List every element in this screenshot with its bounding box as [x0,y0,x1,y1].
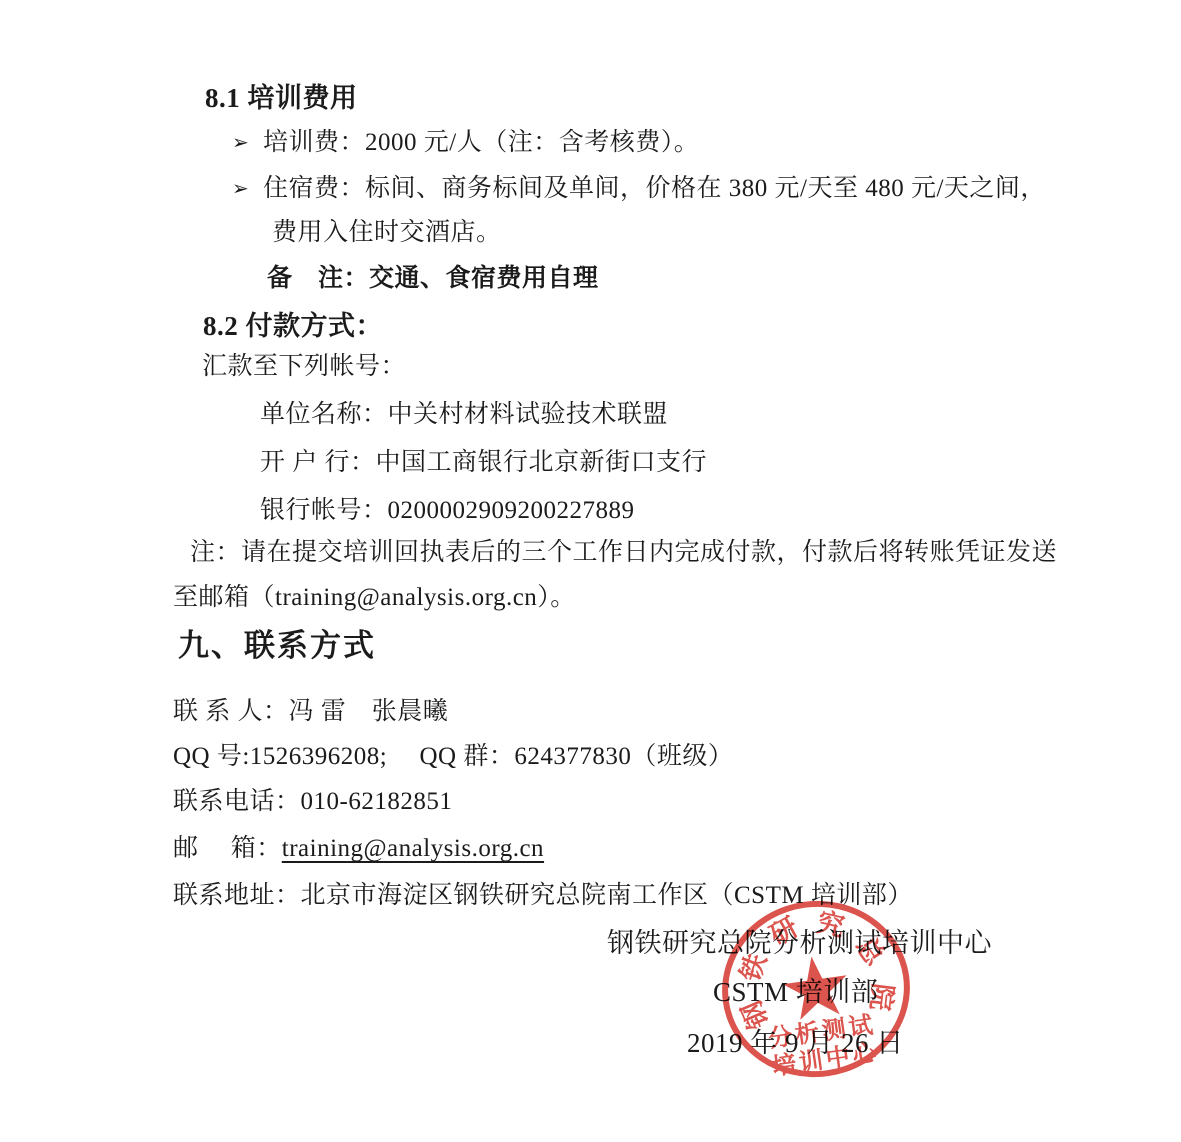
section-8-2-heading: 8.2 付款方式： [203,311,383,341]
email-label: 邮 箱： [173,835,282,862]
account-number-line: 银行帐号：0200002909200227889 [260,496,635,526]
scanned-document-page: 8.1 培训费用 ➢培训费：2000 元/人（注：含考核费）。 ➢住宿费：标间、… [0,0,1181,1142]
section-9-heading: 九、联系方式 [178,631,376,661]
section-8-1-heading: 8.1 培训费用 [205,83,358,113]
official-seal-stamp: 钢 铁 研 究 总 院 ★ 分析测试 培训中心 [711,889,922,1089]
email-line: 邮 箱：training@analysis.org.cn [173,834,544,864]
remit-intro: 汇款至下列帐号： [202,352,406,382]
bank-branch-line: 开 户 行：中国工商银行北京新街口支行 [260,448,707,478]
qq-line: QQ 号:1526396208; QQ 群：624377830（班级） [173,742,733,772]
phone-line: 联系电话：010-62182851 [173,787,452,817]
contact-person-line: 联 系 人：冯 雷 张晨曦 [173,697,448,727]
fee-bullet-1-text: 培训费：2000 元/人（注：含考核费）。 [263,129,699,156]
payment-note-line-2: 至邮箱（training@analysis.org.cn）。 [173,583,576,613]
fee-bullet-2-text: 住宿费：标间、商务标间及单间，价格在 380 元/天至 480 元/天之间， [263,175,1046,202]
fee-bullet-row-2: ➢住宿费：标间、商务标间及单间，价格在 380 元/天至 480 元/天之间， [232,173,1046,204]
email-value: training@analysis.org.cn [282,835,544,862]
fee-bullet-2-wrap: 费用入住时交酒店。 [272,218,502,248]
fees-remark: 备 注：交通、食宿费用自理 [267,264,599,294]
account-name-line: 单位名称：中关村材料试验技术联盟 [260,400,668,430]
payment-note-line-1: 注：请在提交培训回执表后的三个工作日内完成付款，付款后将转账凭证发送 [190,538,1057,568]
arrow-bullet-icon: ➢ [232,127,263,157]
arrow-bullet-icon: ➢ [232,173,263,203]
fee-bullet-row-1: ➢培训费：2000 元/人（注：含考核费）。 [232,127,699,158]
